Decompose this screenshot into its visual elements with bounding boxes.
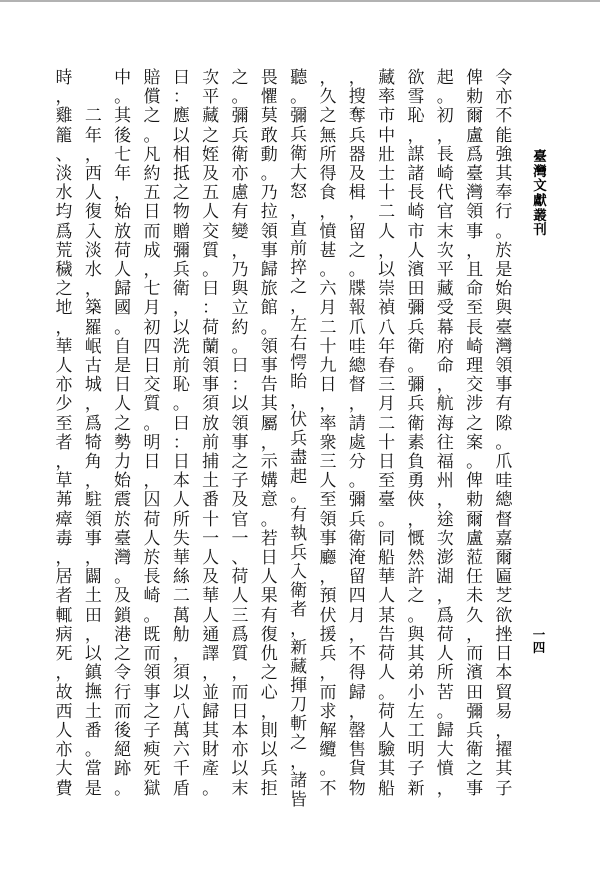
character: 總 bbox=[347, 356, 367, 375]
character: 絲 bbox=[171, 567, 191, 586]
text-column: 欲雪恥，謀諸長崎市人濱田彌兵衛。彌兵衛素負勇俠，慨然許之。與其弟小左工明子新 bbox=[406, 68, 426, 798]
character: 約 bbox=[142, 164, 162, 183]
character: ， bbox=[406, 126, 426, 145]
character: ， bbox=[435, 375, 455, 394]
character: 質 bbox=[142, 394, 162, 413]
character: 奪 bbox=[347, 106, 367, 125]
character: 明 bbox=[142, 433, 162, 452]
character: 須 bbox=[171, 663, 191, 682]
character: ， bbox=[289, 752, 309, 771]
character: 不 bbox=[347, 644, 367, 663]
character: 。 bbox=[494, 222, 514, 241]
character: 港 bbox=[113, 625, 133, 644]
character: 番 bbox=[83, 721, 103, 740]
character: 隙 bbox=[494, 414, 514, 433]
character: ： bbox=[201, 298, 221, 317]
character: 左 bbox=[406, 702, 426, 721]
character: 而 bbox=[318, 683, 338, 702]
character: 獻 bbox=[531, 194, 549, 209]
character: 日 bbox=[113, 375, 133, 394]
character: 有 bbox=[259, 606, 279, 625]
character: 放 bbox=[201, 414, 221, 433]
character: 交 bbox=[465, 375, 485, 394]
character: ， bbox=[230, 663, 250, 682]
character: 人 bbox=[406, 241, 426, 260]
character: 幕 bbox=[435, 318, 455, 337]
character: 當 bbox=[83, 759, 103, 778]
character: ， bbox=[113, 183, 133, 202]
character: 求 bbox=[318, 702, 338, 721]
character: 意 bbox=[259, 490, 279, 509]
character: 士 bbox=[377, 164, 397, 183]
character: 而 bbox=[142, 644, 162, 663]
character: 莫 bbox=[259, 106, 279, 125]
character: 之 bbox=[465, 759, 485, 778]
character: ， bbox=[289, 201, 309, 220]
character: 亦 bbox=[230, 164, 250, 183]
character: 震 bbox=[113, 490, 133, 509]
character: 告 bbox=[377, 625, 397, 644]
character: 春 bbox=[377, 356, 397, 375]
text-column: 中。其後七年，始放荷人歸國。自是日人之勢力始震於臺灣。及鎖港之令行而後絕跡。 bbox=[113, 68, 133, 798]
character: 人 bbox=[377, 586, 397, 605]
character: 荷 bbox=[377, 702, 397, 721]
character: 以 bbox=[259, 740, 279, 759]
character: 之 bbox=[142, 702, 162, 721]
character: 築 bbox=[83, 298, 103, 317]
character: 捽 bbox=[289, 258, 309, 277]
character: ， bbox=[230, 241, 250, 260]
character: 兵 bbox=[347, 510, 367, 529]
character: 獄 bbox=[142, 779, 162, 798]
character: 變 bbox=[230, 222, 250, 241]
character: 淡 bbox=[83, 241, 103, 260]
character: 以 bbox=[230, 759, 250, 778]
character: 兵 bbox=[289, 543, 309, 562]
character: 瘴 bbox=[54, 510, 74, 529]
character: 壯 bbox=[377, 145, 397, 164]
character: 拒 bbox=[259, 779, 279, 798]
character: ， bbox=[259, 433, 279, 452]
character: 兵 bbox=[230, 126, 250, 145]
character: ， bbox=[171, 298, 191, 317]
character: 臺 bbox=[531, 150, 549, 165]
character: 故 bbox=[54, 683, 74, 702]
character: 纜 bbox=[318, 740, 338, 759]
character: 通 bbox=[201, 625, 221, 644]
character: 諸 bbox=[289, 771, 309, 790]
character: 食 bbox=[318, 183, 338, 202]
character: 荷 bbox=[113, 241, 133, 260]
character: 二 bbox=[377, 414, 397, 433]
character: 穢 bbox=[54, 260, 74, 279]
character: 三 bbox=[230, 606, 250, 625]
character: 所 bbox=[435, 663, 455, 682]
character: 恥 bbox=[406, 106, 426, 125]
character: 而 bbox=[113, 702, 133, 721]
character: ， bbox=[435, 126, 455, 145]
character: 觔 bbox=[171, 625, 191, 644]
character: ， bbox=[347, 68, 367, 87]
character: 爲 bbox=[435, 606, 455, 625]
character: 。 bbox=[171, 394, 191, 413]
character: 之 bbox=[318, 106, 338, 125]
character: ， bbox=[347, 202, 367, 221]
character: ， bbox=[347, 625, 367, 644]
character: 屬 bbox=[259, 414, 279, 433]
character: 匾 bbox=[494, 567, 514, 586]
character: 勇 bbox=[406, 471, 426, 490]
character: 畏 bbox=[259, 68, 279, 87]
character: 所 bbox=[171, 510, 191, 529]
character: 案 bbox=[465, 433, 485, 452]
character: 華 bbox=[171, 548, 191, 567]
character: 土 bbox=[201, 471, 221, 490]
character: 本 bbox=[230, 721, 250, 740]
character: 州 bbox=[435, 471, 455, 490]
character: 荷 bbox=[377, 644, 397, 663]
character: 雪 bbox=[406, 87, 426, 106]
character: 歸 bbox=[201, 702, 221, 721]
character: 命 bbox=[435, 356, 455, 375]
character: 駐 bbox=[83, 490, 103, 509]
character: 死 bbox=[54, 644, 74, 663]
character: 久 bbox=[318, 87, 338, 106]
character: 羅 bbox=[83, 318, 103, 337]
character: 年 bbox=[113, 164, 133, 183]
page-number: 一四 bbox=[531, 628, 547, 654]
text-column: ，搜奪兵器及楫，留之。牒報爪哇總督，請處分。彌兵衛淹留四月，不得歸，罄售貨物 bbox=[347, 68, 367, 798]
character: 濱 bbox=[406, 260, 426, 279]
character: 曰 bbox=[201, 279, 221, 298]
character: 領 bbox=[494, 356, 514, 375]
character: 番 bbox=[201, 490, 221, 509]
character: 總 bbox=[494, 490, 514, 509]
character: 爲 bbox=[54, 222, 74, 241]
character: 官 bbox=[230, 510, 250, 529]
character: ： bbox=[230, 375, 250, 394]
character: 地 bbox=[54, 298, 74, 317]
character: 九 bbox=[318, 356, 338, 375]
character: 率 bbox=[377, 87, 397, 106]
character: 者 bbox=[289, 600, 309, 619]
character: 領 bbox=[259, 337, 279, 356]
character: 一 bbox=[230, 529, 250, 548]
character: 甚 bbox=[318, 241, 338, 260]
character: 臺 bbox=[113, 529, 133, 548]
character: 亦 bbox=[54, 740, 74, 759]
character: 彌 bbox=[406, 375, 426, 394]
character: 命 bbox=[465, 279, 485, 298]
character: 大 bbox=[54, 759, 74, 778]
character: ， bbox=[318, 663, 338, 682]
character: 。 bbox=[347, 471, 367, 490]
character: ， bbox=[259, 702, 279, 721]
character: 福 bbox=[435, 452, 455, 471]
character: 衛 bbox=[289, 144, 309, 163]
character: 留 bbox=[347, 567, 367, 586]
character: 平 bbox=[201, 87, 221, 106]
character: 受 bbox=[435, 298, 455, 317]
character: 質 bbox=[201, 241, 221, 260]
character: 荒 bbox=[54, 241, 74, 260]
character: 既 bbox=[142, 625, 162, 644]
character: 二 bbox=[377, 202, 397, 221]
character: 且 bbox=[465, 260, 485, 279]
character: 西 bbox=[54, 702, 74, 721]
character: 是 bbox=[113, 356, 133, 375]
character: 末 bbox=[435, 222, 455, 241]
character: 兵 bbox=[406, 318, 426, 337]
character: 失 bbox=[171, 529, 191, 548]
character: ， bbox=[83, 471, 103, 490]
character: 十 bbox=[201, 510, 221, 529]
character: 起 bbox=[289, 467, 309, 486]
character: 憤 bbox=[318, 222, 338, 241]
character: 媾 bbox=[259, 471, 279, 490]
character: 行 bbox=[113, 683, 133, 702]
character: 揮 bbox=[289, 676, 309, 695]
character: 及 bbox=[201, 567, 221, 586]
character: 子 bbox=[406, 759, 426, 778]
character: 岷 bbox=[83, 337, 103, 356]
character: 六 bbox=[171, 740, 191, 759]
character: 人 bbox=[201, 548, 221, 567]
character: 曰 bbox=[171, 68, 191, 87]
character: 。 bbox=[318, 759, 338, 778]
character: 憤 bbox=[435, 759, 455, 778]
character: 償 bbox=[142, 87, 162, 106]
character: 四 bbox=[531, 641, 547, 654]
character: 城 bbox=[83, 375, 103, 394]
character: 居 bbox=[54, 567, 74, 586]
character: 月 bbox=[142, 298, 162, 317]
character: 府 bbox=[435, 337, 455, 356]
character: 得 bbox=[318, 164, 338, 183]
character: 人 bbox=[113, 394, 133, 413]
character: 衛 bbox=[289, 581, 309, 600]
character: 任 bbox=[465, 567, 485, 586]
character: 入 bbox=[289, 562, 309, 581]
character: 輒 bbox=[54, 606, 74, 625]
character: 後 bbox=[113, 126, 133, 145]
character: 人 bbox=[113, 260, 133, 279]
character: 病 bbox=[54, 625, 74, 644]
character: ， bbox=[435, 490, 455, 509]
character: 禎 bbox=[377, 298, 397, 317]
character: 。 bbox=[435, 702, 455, 721]
character: 盾 bbox=[171, 779, 191, 798]
character: 彌 bbox=[406, 298, 426, 317]
character: 素 bbox=[406, 433, 426, 452]
character: ： bbox=[171, 433, 191, 452]
character: 並 bbox=[201, 683, 221, 702]
character: 工 bbox=[406, 721, 426, 740]
character: 搜 bbox=[347, 87, 367, 106]
character: 死 bbox=[142, 759, 162, 778]
character: 俠 bbox=[406, 490, 426, 509]
character: 。 bbox=[230, 337, 250, 356]
character: 眙 bbox=[289, 372, 309, 391]
character: 自 bbox=[113, 337, 133, 356]
character: 。 bbox=[142, 606, 162, 625]
character: 人 bbox=[318, 471, 338, 490]
character: 旅 bbox=[259, 279, 279, 298]
character: 某 bbox=[377, 606, 397, 625]
character: 盡 bbox=[289, 448, 309, 467]
character: 四 bbox=[347, 586, 367, 605]
character: 。 bbox=[318, 260, 338, 279]
character: 哇 bbox=[347, 337, 367, 356]
character: 曰 bbox=[230, 356, 250, 375]
character: 瘐 bbox=[142, 740, 162, 759]
character: 日 bbox=[171, 452, 191, 471]
character: 嘉 bbox=[494, 529, 514, 548]
character: 彌 bbox=[171, 241, 191, 260]
character: 敢 bbox=[259, 126, 279, 145]
character: 鎖 bbox=[113, 606, 133, 625]
character: 平 bbox=[435, 260, 455, 279]
character: 須 bbox=[201, 394, 221, 413]
text-column: 畏懼莫敢動。乃拉領事歸旅館。領事告其屬，示媾意。若日人果有復仇之心，則以兵拒 bbox=[259, 68, 279, 798]
character: ， bbox=[83, 625, 103, 644]
character: 日 bbox=[494, 644, 514, 663]
character: 哇 bbox=[494, 471, 514, 490]
character: 子 bbox=[230, 471, 250, 490]
character: 乃 bbox=[230, 260, 250, 279]
character: 者 bbox=[54, 586, 74, 605]
character: ， bbox=[54, 452, 74, 471]
character: 則 bbox=[259, 721, 279, 740]
character: 之 bbox=[230, 68, 250, 87]
character: 是 bbox=[494, 260, 514, 279]
character: 成 bbox=[142, 241, 162, 260]
character: 六 bbox=[318, 279, 338, 298]
character: 澎 bbox=[435, 548, 455, 567]
character: 領 bbox=[230, 414, 250, 433]
character: 。 bbox=[113, 87, 133, 106]
character: 本 bbox=[171, 471, 191, 490]
character: 欲 bbox=[494, 606, 514, 625]
character: 蘭 bbox=[201, 337, 221, 356]
character: 華 bbox=[377, 567, 397, 586]
character: 一 bbox=[201, 529, 221, 548]
character: 物 bbox=[347, 779, 367, 798]
character: 及 bbox=[201, 164, 221, 183]
character: 人 bbox=[83, 183, 103, 202]
character: 勅 bbox=[465, 490, 485, 509]
character: 兵 bbox=[259, 759, 279, 778]
character: 十 bbox=[318, 337, 338, 356]
character: 事 bbox=[465, 779, 485, 798]
character: 久 bbox=[465, 606, 485, 625]
character: 。 bbox=[259, 318, 279, 337]
character: 長 bbox=[465, 318, 485, 337]
character: 亦 bbox=[54, 375, 74, 394]
character: 人 bbox=[377, 663, 397, 682]
character: 長 bbox=[142, 567, 162, 586]
character: 官 bbox=[435, 202, 455, 221]
character: 挫 bbox=[494, 625, 514, 644]
character: 之 bbox=[289, 277, 309, 296]
character: 及 bbox=[113, 586, 133, 605]
character: 始 bbox=[494, 279, 514, 298]
character: 理 bbox=[465, 356, 485, 375]
character: 次 bbox=[201, 68, 221, 87]
character: 易 bbox=[494, 702, 514, 721]
series-title-header: 臺灣文獻叢刊 bbox=[531, 150, 549, 238]
character: 三 bbox=[318, 452, 338, 471]
character: 譯 bbox=[201, 644, 221, 663]
character: 明 bbox=[406, 740, 426, 759]
character: 直 bbox=[289, 220, 309, 239]
character: 藏 bbox=[377, 68, 397, 87]
character: 毒 bbox=[54, 529, 74, 548]
character: 茀 bbox=[54, 490, 74, 509]
character: 弟 bbox=[406, 663, 426, 682]
character: 二 bbox=[171, 586, 191, 605]
character: 及 bbox=[230, 490, 250, 509]
character: 處 bbox=[347, 433, 367, 452]
character: 擢 bbox=[494, 740, 514, 759]
character: ： bbox=[171, 87, 191, 106]
character: 日 bbox=[230, 702, 250, 721]
character: 初 bbox=[435, 106, 455, 125]
character: 令 bbox=[113, 663, 133, 682]
character: 牒 bbox=[347, 279, 367, 298]
character: 無 bbox=[318, 126, 338, 145]
character: 不 bbox=[318, 779, 338, 798]
character: 兵 bbox=[318, 644, 338, 663]
character: 兵 bbox=[465, 721, 485, 740]
character: 衛 bbox=[406, 414, 426, 433]
character: 強 bbox=[494, 145, 514, 164]
character: 萬 bbox=[171, 606, 191, 625]
character: 水 bbox=[83, 260, 103, 279]
character: 次 bbox=[435, 529, 455, 548]
character: 七 bbox=[142, 279, 162, 298]
character: 。 bbox=[230, 87, 250, 106]
character: 闢 bbox=[83, 567, 103, 586]
character: 刀 bbox=[289, 695, 309, 714]
character: 年 bbox=[83, 126, 103, 145]
character: 國 bbox=[113, 298, 133, 317]
character: 十 bbox=[377, 433, 397, 452]
character: 。 bbox=[347, 260, 367, 279]
character: 物 bbox=[171, 202, 191, 221]
character: 留 bbox=[347, 222, 367, 241]
character: 報 bbox=[347, 298, 367, 317]
character: 。 bbox=[289, 87, 309, 106]
character: 灣 bbox=[113, 548, 133, 567]
character: 請 bbox=[347, 414, 367, 433]
character: 爾 bbox=[465, 510, 485, 529]
character: 事 bbox=[465, 222, 485, 241]
character: 復 bbox=[259, 625, 279, 644]
character: 俾 bbox=[465, 471, 485, 490]
character: 盧 bbox=[465, 529, 485, 548]
character: 荷 bbox=[142, 510, 162, 529]
character: 謀 bbox=[406, 145, 426, 164]
character: 人 bbox=[377, 721, 397, 740]
character: 本 bbox=[494, 663, 514, 682]
character: 船 bbox=[377, 779, 397, 798]
character: 淡 bbox=[54, 164, 74, 183]
character: 至 bbox=[465, 298, 485, 317]
character: ， bbox=[83, 279, 103, 298]
character: ， bbox=[83, 394, 103, 413]
character: 三 bbox=[377, 375, 397, 394]
